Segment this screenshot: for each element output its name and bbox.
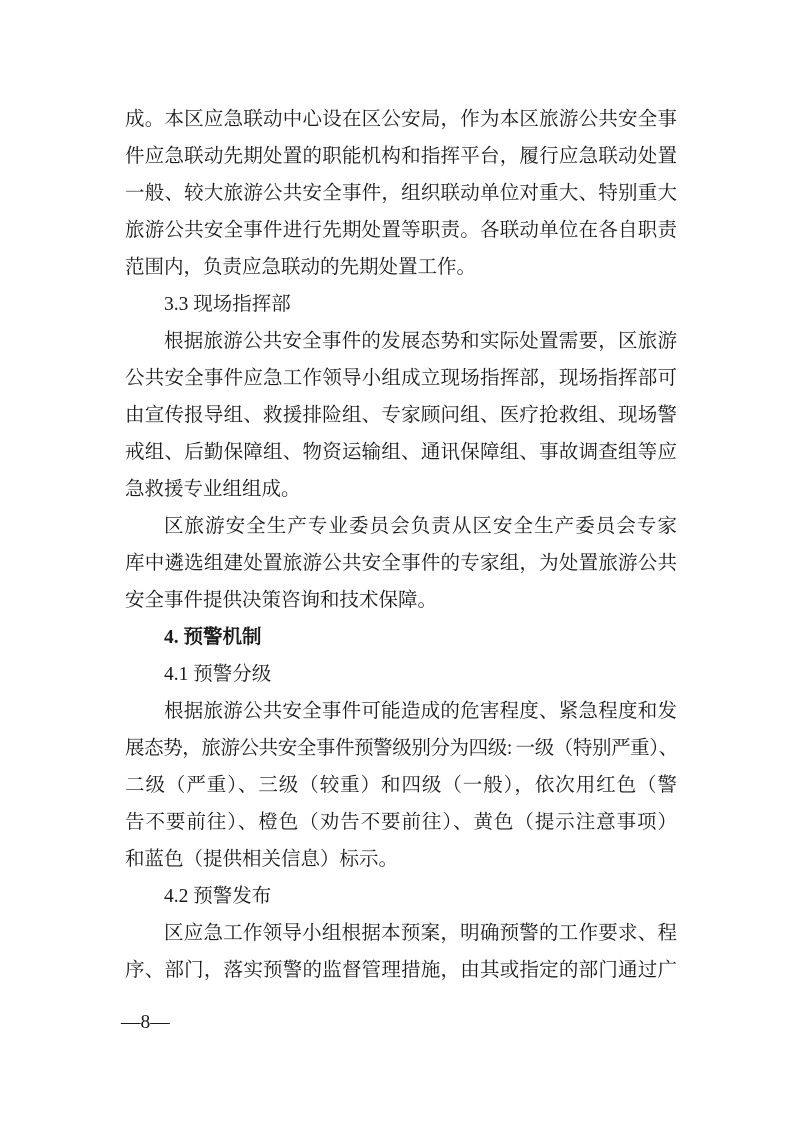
section-heading: 4.1 预警分级 [125,656,677,693]
document-body: 成。本区应急联动中心设在区公安局，作为本区旅游公共安全事件应急联动先期处置的职能… [125,101,677,989]
chapter-heading: 4. 预警机制 [125,619,677,656]
text-line: 告不要前往）、橙色（劝告不要前往）、黄色（提示注意事项） [125,804,677,841]
text-line: 一般、较大旅游公共安全事件，组织联动单位对重大、特别重大 [125,175,677,212]
text-line: 二级（严重）、三级（较重）和四级（一般），依次用红色（警 [125,767,677,804]
text-line: 序、部门，落实预警的监督管理措施，由其或指定的部门通过广 [125,952,677,989]
text-line: 展态势，旅游公共安全事件预警级别分为四级: 一级（特别严重）、 [125,730,677,767]
text-line: 和蓝色（提供相关信息）标示。 [125,841,677,878]
page-number: —8— [121,1011,170,1035]
section-heading: 3.3 现场指挥部 [125,286,677,323]
text-line: 戒组、后勤保障组、物资运输组、通讯保障组、事故调查组等应 [125,434,677,471]
text-line: 范围内，负责应急联动的先期处置工作。 [125,249,677,286]
text-line: 根据旅游公共安全事件可能造成的危害程度、紧急程度和发 [125,693,677,730]
text-line: 库中遴选组建处置旅游公共安全事件的专家组，为处置旅游公共 [125,545,677,582]
text-line: 安全事件提供决策咨询和技术保障。 [125,582,677,619]
text-line: 公共安全事件应急工作领导小组成立现场指挥部，现场指挥部可 [125,360,677,397]
document-page: 成。本区应急联动中心设在区公安局，作为本区旅游公共安全事件应急联动先期处置的职能… [0,0,792,1125]
text-line: 区应急工作领导小组根据本预案，明确预警的工作要求、程 [125,915,677,952]
text-line: 区旅游安全生产专业委员会负责从区安全生产委员会专家 [125,508,677,545]
text-line: 成。本区应急联动中心设在区公安局，作为本区旅游公共安全事 [125,101,677,138]
text-line: 急救援专业组组成。 [125,471,677,508]
text-line: 件应急联动先期处置的职能机构和指挥平台，履行应急联动处置 [125,138,677,175]
text-line: 旅游公共安全事件进行先期处置等职责。各联动单位在各自职责 [125,212,677,249]
section-heading: 4.2 预警发布 [125,878,677,915]
text-line: 根据旅游公共安全事件的发展态势和实际处置需要，区旅游 [125,323,677,360]
text-line: 由宣传报导组、救援排险组、专家顾问组、医疗抢救组、现场警 [125,397,677,434]
